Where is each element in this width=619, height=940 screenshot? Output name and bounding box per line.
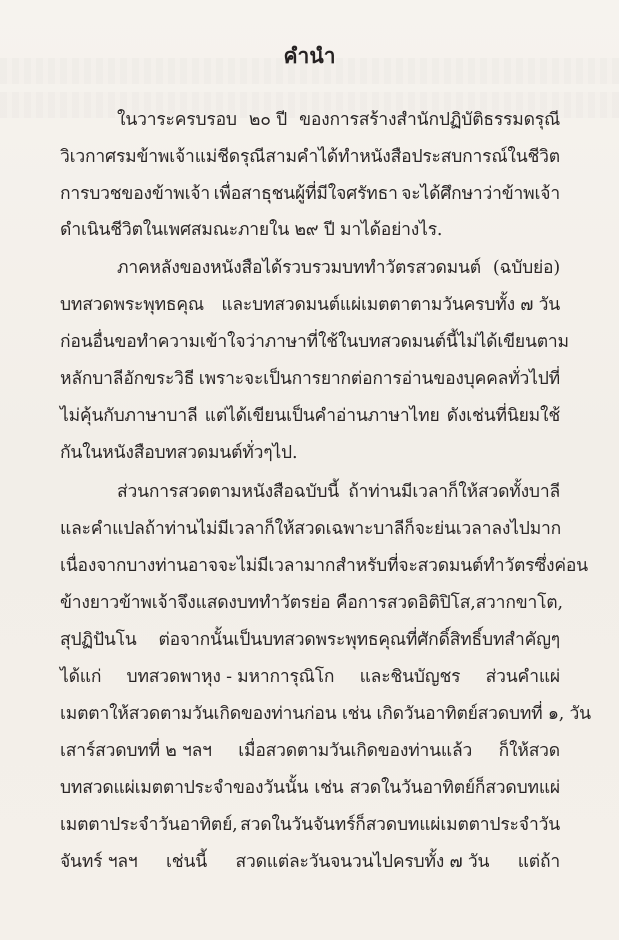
text-line: เมตตาประจำวันอาทิตย์,สวดในวันจันทร์ก็สวด…: [60, 813, 560, 837]
text-segment: สุปฏิปันโน: [60, 628, 137, 652]
text-segment: ไม่คุ้นกับภาษาบาลี: [60, 404, 198, 428]
text-segment: การสวดอิติปิโส,: [358, 591, 476, 615]
text-line: จันทร์ ฯลฯเช่นนี้สวดแต่ละวันจนวนไปครบทั้…: [60, 850, 560, 874]
text-line: ข้างยาวข้าพเจ้าจึงแสดงบททำวัตรย่อ คือการ…: [60, 591, 560, 615]
text-segment: ส่วนคำแผ่: [486, 665, 560, 689]
text-segment: ดังเช่นที่นิยมใช้: [447, 404, 560, 428]
text-line: บทสวดแผ่เมตตาประจำของวันนั้นเช่นสวดในวัน…: [60, 776, 560, 800]
text-segment: เพราะจะเป็นการยากต่อการอ่านของบุคคลทั่วไ…: [199, 367, 560, 391]
text-segment: บทสวดแผ่เมตตาประจำของวันนั้น: [60, 776, 308, 800]
text-segment: บทสวดพระพุทธคุณ: [60, 293, 204, 317]
text-segment: กันในหนังสือบทสวดมนต์ทั่วๆไป.: [60, 441, 297, 465]
text-segment: และชินบัญชร: [360, 665, 461, 689]
text-line: และคำแปลถ้าท่านไม่มีเวลาก็ให้สวดเฉพาะบาล…: [60, 517, 560, 541]
text-segment: ก่อนอื่นขอทำความเข้าใจว่า: [60, 330, 265, 354]
text-segment: ได้แก่: [60, 665, 101, 689]
text-segment: เมื่อสวดตามวันเกิดของท่านแล้ว: [238, 739, 472, 763]
text-line: การบวชของข้าพเจ้าเพื่อสาธุชนผู้ที่มีใจศร…: [60, 182, 560, 206]
text-line: หลักบาลีอักขระวิธีเพราะจะเป็นการยากต่อกา…: [60, 367, 560, 391]
text-segment: ถ้าท่านมีเวลาก็ให้สวดทั้งบาลี: [348, 480, 560, 504]
text-line: บทสวดพระพุทธคุณและบทสวดมนต์แผ่เมตตาตามวั…: [60, 293, 560, 317]
text-segment: จันทร์ ฯลฯ: [60, 850, 138, 874]
text-line: ดำเนินชีวิตในเพศสมณะภายใน ๒๙ ปี มาได้อย่…: [60, 218, 560, 242]
text-segment: สามคำ: [265, 145, 318, 169]
text-line: ไม่คุ้นกับภาษาบาลีแต่ได้เขียนเป็นคำอ่านภ…: [60, 404, 560, 428]
text-segment: ภาคหลังของหนังสือได้รวบรวมบททำวัตรสวดมนต…: [117, 256, 481, 280]
text-line: เมตตาให้สวดตามวันเกิดของท่านก่อน เช่น เก…: [60, 702, 560, 726]
text-segment: และคำแปล: [60, 517, 145, 541]
text-line: ก่อนอื่นขอทำความเข้าใจว่าภาษาที่ใช้ในบทส…: [60, 330, 560, 354]
text-segment: ข้าพเจ้าจึงแสดงบททำวัตรย่อ คือ: [119, 591, 358, 615]
text-segment: สวดแต่ละวันจนวนไปครบทั้ง ๗ วัน: [236, 850, 490, 874]
text-segment: เมตตาให้สวดตามวันเกิดของท่านก่อน เช่น เก…: [60, 702, 591, 726]
text-segment: ถ้าท่านไม่มีเวลาก็ให้สวดเฉพาะบาลีก็จะย่น…: [145, 517, 561, 541]
text-segment: สวากขาโต,: [476, 591, 563, 615]
text-line: วิเวกาศรมข้าพเจ้าแม่ชีดรุณีสามคำได้ทำหนั…: [60, 145, 560, 169]
text-line: ในวาระครบรอบ๒๐ ปีของการสร้างสำนักปฏิบัติ…: [117, 108, 560, 132]
text-segment: (ฉบับย่อ): [493, 256, 560, 280]
text-segment: วิเวกาศรมข้าพเจ้าแม่ชีดรุณี: [60, 145, 265, 169]
book-page: คำนำ ในวาระครบรอบ๒๐ ปีของการสร้างสำนักปฏ…: [0, 0, 619, 940]
text-segment: สวดในวันจันทร์ก็สวดบทแผ่เมตตาประจำวัน: [240, 813, 560, 837]
text-segment: ต่อจากนั้นเป็นบทสวดพระพุทธคุณที่ศักดิ์สิ…: [158, 628, 560, 652]
text-segment: แต่ได้เขียนเป็นคำอ่านภาษาไทย: [205, 404, 440, 428]
text-segment: แต่ถ้า: [518, 850, 560, 874]
text-segment: จะได้ศึกษาว่าข้าพเจ้า: [401, 182, 560, 206]
text-line: ภาคหลังของหนังสือได้รวบรวมบททำวัตรสวดมนต…: [117, 256, 560, 280]
text-line: กันในหนังสือบทสวดมนต์ทั่วๆไป.: [60, 441, 560, 465]
text-line: เสาร์สวดบทที่ ๒ ฯลฯเมื่อสวดตามวันเกิดของ…: [60, 739, 560, 763]
text-segment: เช่นนี้: [166, 850, 207, 874]
text-segment: เช่น: [314, 776, 343, 800]
text-segment: ในวาระครบรอบ: [117, 108, 237, 132]
text-segment: ข้างยาว: [60, 591, 119, 615]
text-segment: การบวชของข้าพเจ้า: [60, 182, 210, 206]
text-segment: ส่วนการสวดตามหนังสือฉบับนี้: [117, 480, 339, 504]
text-segment: ของการสร้างสำนักปฏิบัติธรรมดรุณี: [299, 108, 560, 132]
text-segment: เนื่องจากบางท่านอาจจะไม่มีเวลามากสำหรับท…: [60, 554, 588, 578]
text-segment: เมตตาประจำวันอาทิตย์,: [60, 813, 238, 837]
text-line: เนื่องจากบางท่านอาจจะไม่มีเวลามากสำหรับท…: [60, 554, 560, 578]
text-segment: และบทสวดมนต์แผ่เมตตาตามวันครบทั้ง ๗ วัน: [221, 293, 560, 317]
text-line: ส่วนการสวดตามหนังสือฉบับนี้ถ้าท่านมีเวลา…: [117, 480, 560, 504]
text-line: สุปฏิปันโนต่อจากนั้นเป็นบทสวดพระพุทธคุณท…: [60, 628, 560, 652]
text-segment: เพื่อสาธุชนผู้ที่มีใจศรัทธา: [214, 182, 398, 206]
text-line: ได้แก่บทสวดพาหุง - มหาการุณิโกและชินบัญช…: [60, 665, 560, 689]
text-segment: ภาษาที่ใช้ในบทสวดมนต์นี้ไม่ได้เขียนตาม: [265, 330, 569, 354]
text-segment: สวดในวันอาทิตย์ก็สวดบทแผ่: [350, 776, 560, 800]
text-segment: หลักบาลีอักขระวิธี: [60, 367, 194, 391]
text-segment: ก็ให้สวด: [499, 739, 560, 763]
text-segment: บทสวดพาหุง - มหาการุณิโก: [127, 665, 335, 689]
text-segment: เสาร์สวดบทที่ ๒ ฯลฯ: [60, 739, 212, 763]
text-segment: ๒๐ ปี: [249, 108, 287, 132]
text-segment: ได้ทำหนังสือประสบการณ์ในชีวิต: [318, 145, 560, 169]
page-title: คำนำ: [0, 40, 619, 73]
text-segment: ดำเนินชีวิตในเพศสมณะภายใน ๒๙ ปี มาได้อย่…: [60, 218, 442, 242]
